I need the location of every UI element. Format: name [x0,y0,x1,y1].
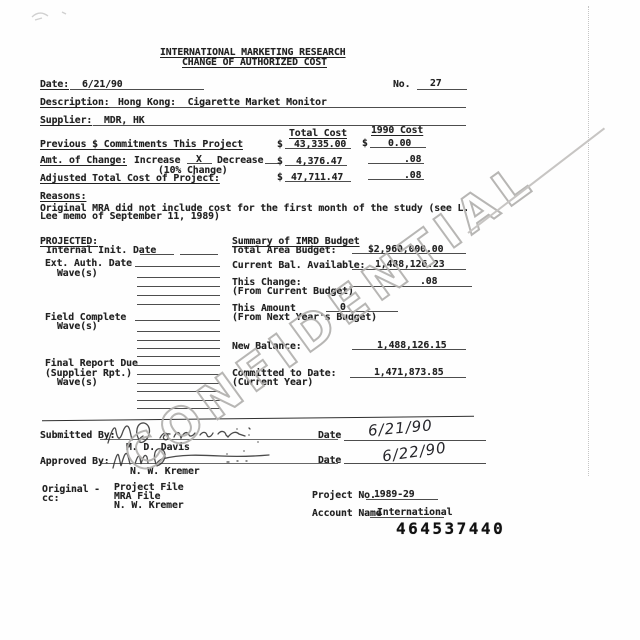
blank-line [137,365,220,366]
reasons-label: Reasons: [40,191,86,202]
col-header-1990-cost: 1990 Cost [371,125,423,136]
approved-by-label: Approved By: [40,456,110,467]
date-label: Date: [40,79,69,90]
distribution-kremer: N. W. Kremer [114,500,184,511]
no-underline [417,89,467,90]
no-label: No. [393,79,410,90]
approved-signature [105,445,280,473]
this-amount-note: (From Next Year's Budget) [232,312,377,323]
wave-line [137,348,220,349]
description-underline [109,107,466,108]
value-underline [350,377,466,378]
value-underline [352,269,466,270]
blank-line [140,254,174,255]
wave-line [137,400,220,401]
wave-line [137,383,220,384]
value-underline [368,163,424,164]
value-underline [285,165,347,166]
bates-document-number: 464537440 [396,519,505,538]
wave-line [137,356,220,357]
waves-label: Wave(s) [57,268,98,279]
scanned-document: CONFIDENTIAL INTERNATIONAL MARKETING RES… [0,0,640,640]
this-change-note: (From Current Budget) [232,286,354,297]
blank-line [135,320,220,321]
supplier-label: Supplier: [40,115,92,126]
date-label: Date [318,455,341,466]
total-area-budget-label: Total Area Budget: [232,245,336,256]
amt-of-change-label: Amt. of Change: [40,155,127,166]
date-underline [344,463,486,464]
increase-underline [187,163,212,164]
approved-date-handwritten: 6/22/90 [381,439,448,466]
watermark-border-line [467,127,605,233]
new-balance-label: New Balance: [232,341,302,352]
waves-label: Wave(s) [57,377,98,388]
previous-commitments-label: Previous $ Commitments This Project [40,139,243,150]
wave-line [137,331,220,332]
no-value: 27 [430,78,442,89]
scan-smudge [28,6,80,24]
current-bal-label: Current Bal. Available: [232,260,365,271]
wave-line [137,408,220,409]
wave-line [137,340,220,341]
reasons-text-line2: Lee memo of September 11, 1989) [40,211,220,222]
dollar-sign: $ [362,138,368,149]
value-underline [352,349,466,350]
wave-line [137,304,220,305]
form-title-line2: CHANGE OF AUTHORIZED COST [182,57,327,68]
committed-current-year-note: (Current Year) [232,377,313,388]
value-underline [370,517,444,518]
dollar-sign: $ [277,172,283,183]
adjusted-total-label: Adjusted Total Cost of Project: [40,173,220,184]
value-underline [352,253,466,254]
cc-label: cc: [42,493,59,504]
value-underline [285,148,351,149]
value-underline [370,147,426,148]
date-label: Date [318,430,341,441]
wave-line [137,286,220,287]
waves-label: Wave(s) [57,321,98,332]
submitted-date-handwritten: 6/21/90 [367,416,433,440]
blank-line [137,374,220,375]
page-edge-line [588,6,589,476]
description-label: Description: [40,97,110,108]
value-underline [368,179,424,180]
blank-line [180,254,218,255]
wave-line [137,277,220,278]
value-underline [285,181,351,182]
value-underline [366,499,438,500]
col-header-total-cost: Total Cost [289,128,347,139]
date-underline [344,440,486,441]
dollar-sign: $ [277,139,283,150]
dollar-sign: $ [277,156,283,167]
wave-line [137,295,220,296]
date-underline [70,89,204,90]
blank-line [135,266,220,267]
value-underline [352,286,472,287]
wave-line [137,391,220,392]
